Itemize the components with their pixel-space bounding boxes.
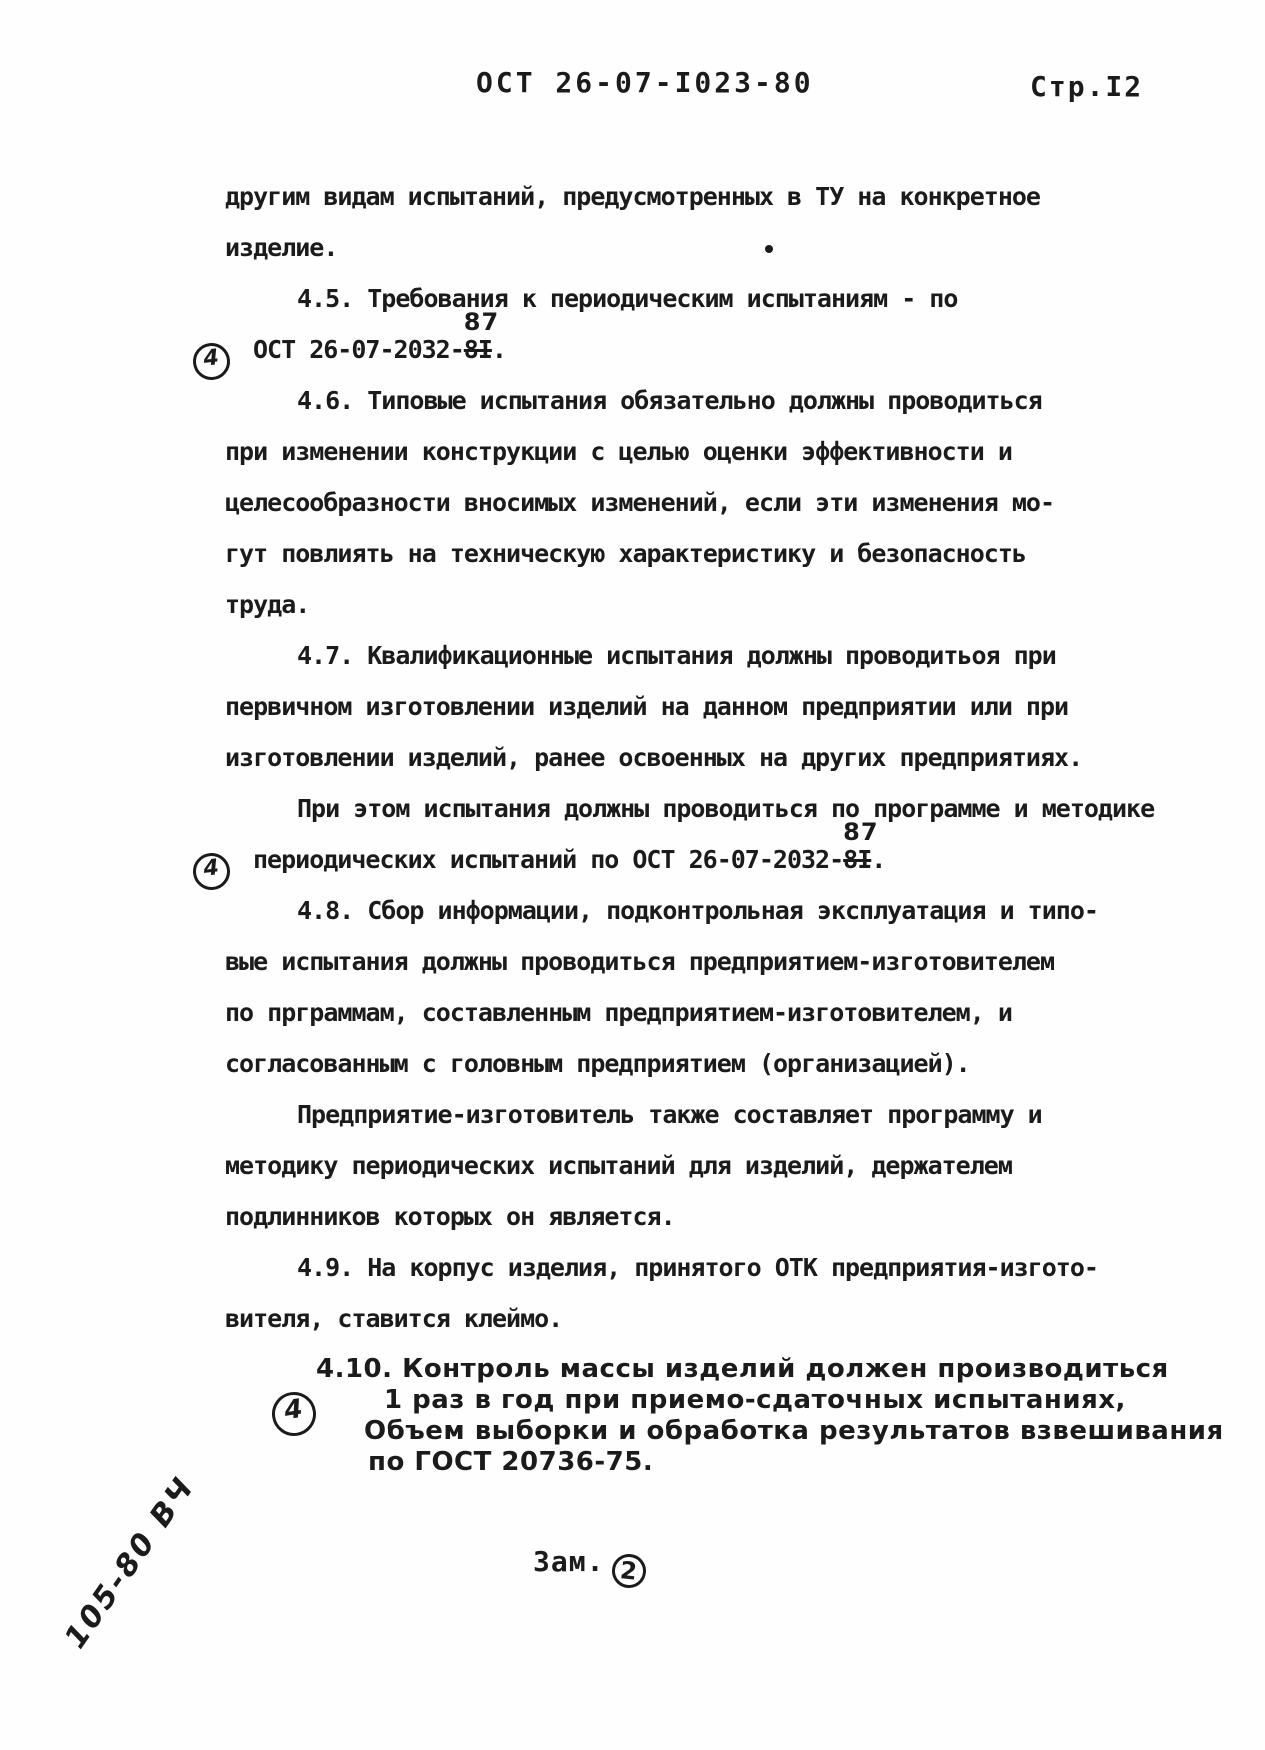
text-line: первичном изготовлении изделий на данном… — [225, 692, 1145, 743]
line-text: 4.5. Требования к периодическим испытани… — [297, 284, 957, 313]
line-text: При этом испытания должны проводиться по… — [297, 794, 1154, 823]
line-text: 4.6. Типовые испытания обязательно должн… — [297, 386, 1042, 415]
line-text: 4.8. Сбор информации, подконтрольная экс… — [297, 896, 1098, 925]
handwritten-line: по ГОСТ 20736-75. — [368, 1447, 1224, 1478]
superscript-correction: 87 — [843, 820, 878, 844]
line-text: гут повлиять на техническую характеристи… — [225, 539, 1026, 568]
text-line: 4.5. Требования к периодическим испытани… — [225, 284, 1145, 335]
text-line: методику периодических испытаний для изд… — [225, 1151, 1145, 1202]
text-line: при изменении конструкции с целью оценки… — [225, 437, 1145, 488]
handwritten-margin-note: 105-80 ВЧ — [27, 1425, 233, 1699]
line-text: изделие. — [225, 233, 337, 262]
handwritten-line: Объем выборки и обработка результатов вз… — [364, 1416, 1224, 1447]
handwritten-addition: 4.10. Контроль массы изделий должен прои… — [302, 1354, 1224, 1478]
struck-text: 8I — [464, 335, 492, 364]
text-line: 4периодических испытаний по ОСТ 26-07-20… — [225, 845, 1145, 896]
text-line: целесообразности вносимых изменений, есл… — [225, 488, 1145, 539]
text-line: 4ОСТ 26-07-2032-878I. — [225, 335, 1145, 386]
text-line: вые испытания должны проводиться предпри… — [225, 947, 1145, 998]
text-line: другим видам испытаний, предусмотренных … — [225, 182, 1145, 233]
line-text: вителя, ставится клеймо. — [225, 1304, 562, 1333]
text-line: по прграммам, составленным предприятием-… — [225, 998, 1145, 1049]
text-line: 4.7. Квалификационные испытания должны п… — [225, 641, 1145, 692]
page-number-label: Стр.I2 — [1030, 70, 1143, 103]
line-text: методику периодических испытаний для изд… — [225, 1151, 1012, 1180]
line-text: 4.9. На корпус изделия, принятого ОТК пр… — [297, 1253, 1098, 1282]
handwritten-line: 1 раз в год при приемо-сдаточных испытан… — [384, 1385, 1224, 1416]
line-text: другим видам испытаний, предусмотренных … — [225, 182, 1040, 211]
circled-revision-mark-icon: 4 — [191, 851, 232, 892]
text-line: 4.8. Сбор информации, подконтрольная экс… — [225, 896, 1145, 947]
text-line: изготовлении изделий, ранее освоенных на… — [225, 743, 1145, 794]
superscript-correction: 87 — [464, 310, 499, 334]
text-line: 4.6. Типовые испытания обязательно должн… — [225, 386, 1145, 437]
line-text: . — [871, 845, 885, 874]
line-text: при изменении конструкции с целью оценки… — [225, 437, 1012, 466]
circled-revision-number-icon: 2 — [611, 1552, 648, 1589]
struck-text: 8I — [843, 845, 871, 874]
ink-dot-icon — [765, 245, 773, 253]
text-line: вителя, ставится клеймо. — [225, 1304, 1145, 1355]
circled-revision-mark-icon: 4 — [191, 341, 232, 382]
text-line: Предприятие-изготовитель также составляе… — [225, 1100, 1145, 1151]
line-text: Предприятие-изготовитель также составляе… — [297, 1100, 1042, 1129]
line-text: 4.7. Квалификационные испытания должны п… — [297, 641, 1056, 670]
revision-stamp-label: Зам. — [533, 1545, 604, 1578]
line-text: по прграммам, составленным предприятием-… — [225, 998, 1012, 1027]
text-line: изделие. — [225, 233, 1145, 284]
line-text: согласованным с головным предприятием (о… — [225, 1049, 970, 1078]
line-text: подлинников которых он является. — [225, 1202, 675, 1231]
line-text: . — [492, 335, 506, 364]
scanned-document-page: ОСТ 26-07-I023-80 Стр.I2 другим видам ис… — [0, 0, 1265, 1750]
line-text: вые испытания должны проводиться предпри… — [225, 947, 1054, 976]
line-text: изготовлении изделий, ранее освоенных на… — [225, 743, 1082, 772]
text-line: подлинников которых он является. — [225, 1202, 1145, 1253]
corrected-designation: 878I — [464, 335, 492, 364]
line-text: первичном изготовлении изделий на данном… — [225, 692, 1068, 721]
text-line: При этом испытания должны проводиться по… — [225, 794, 1145, 845]
text-line: согласованным с головным предприятием (о… — [225, 1049, 1145, 1100]
line-text: труда. — [225, 590, 309, 619]
text-line: труда. — [225, 590, 1145, 641]
text-line: гут повлиять на техническую характеристи… — [225, 539, 1145, 590]
corrected-designation: 878I — [843, 845, 871, 874]
body-lines: другим видам испытаний, предусмотренных … — [225, 182, 1145, 1355]
line-text: целесообразности вносимых изменений, есл… — [225, 488, 1054, 517]
line-text: периодических испытаний по ОСТ 26-07-203… — [253, 845, 843, 874]
revision-stamp: Зам.2 — [533, 1545, 646, 1588]
handwritten-line: 4.10. Контроль массы изделий должен прои… — [316, 1354, 1224, 1385]
line-text: ОСТ 26-07-2032- — [253, 335, 464, 364]
text-line: 4.9. На корпус изделия, принятого ОТК пр… — [225, 1253, 1145, 1304]
document-number: ОСТ 26-07-I023-80 — [476, 66, 814, 99]
